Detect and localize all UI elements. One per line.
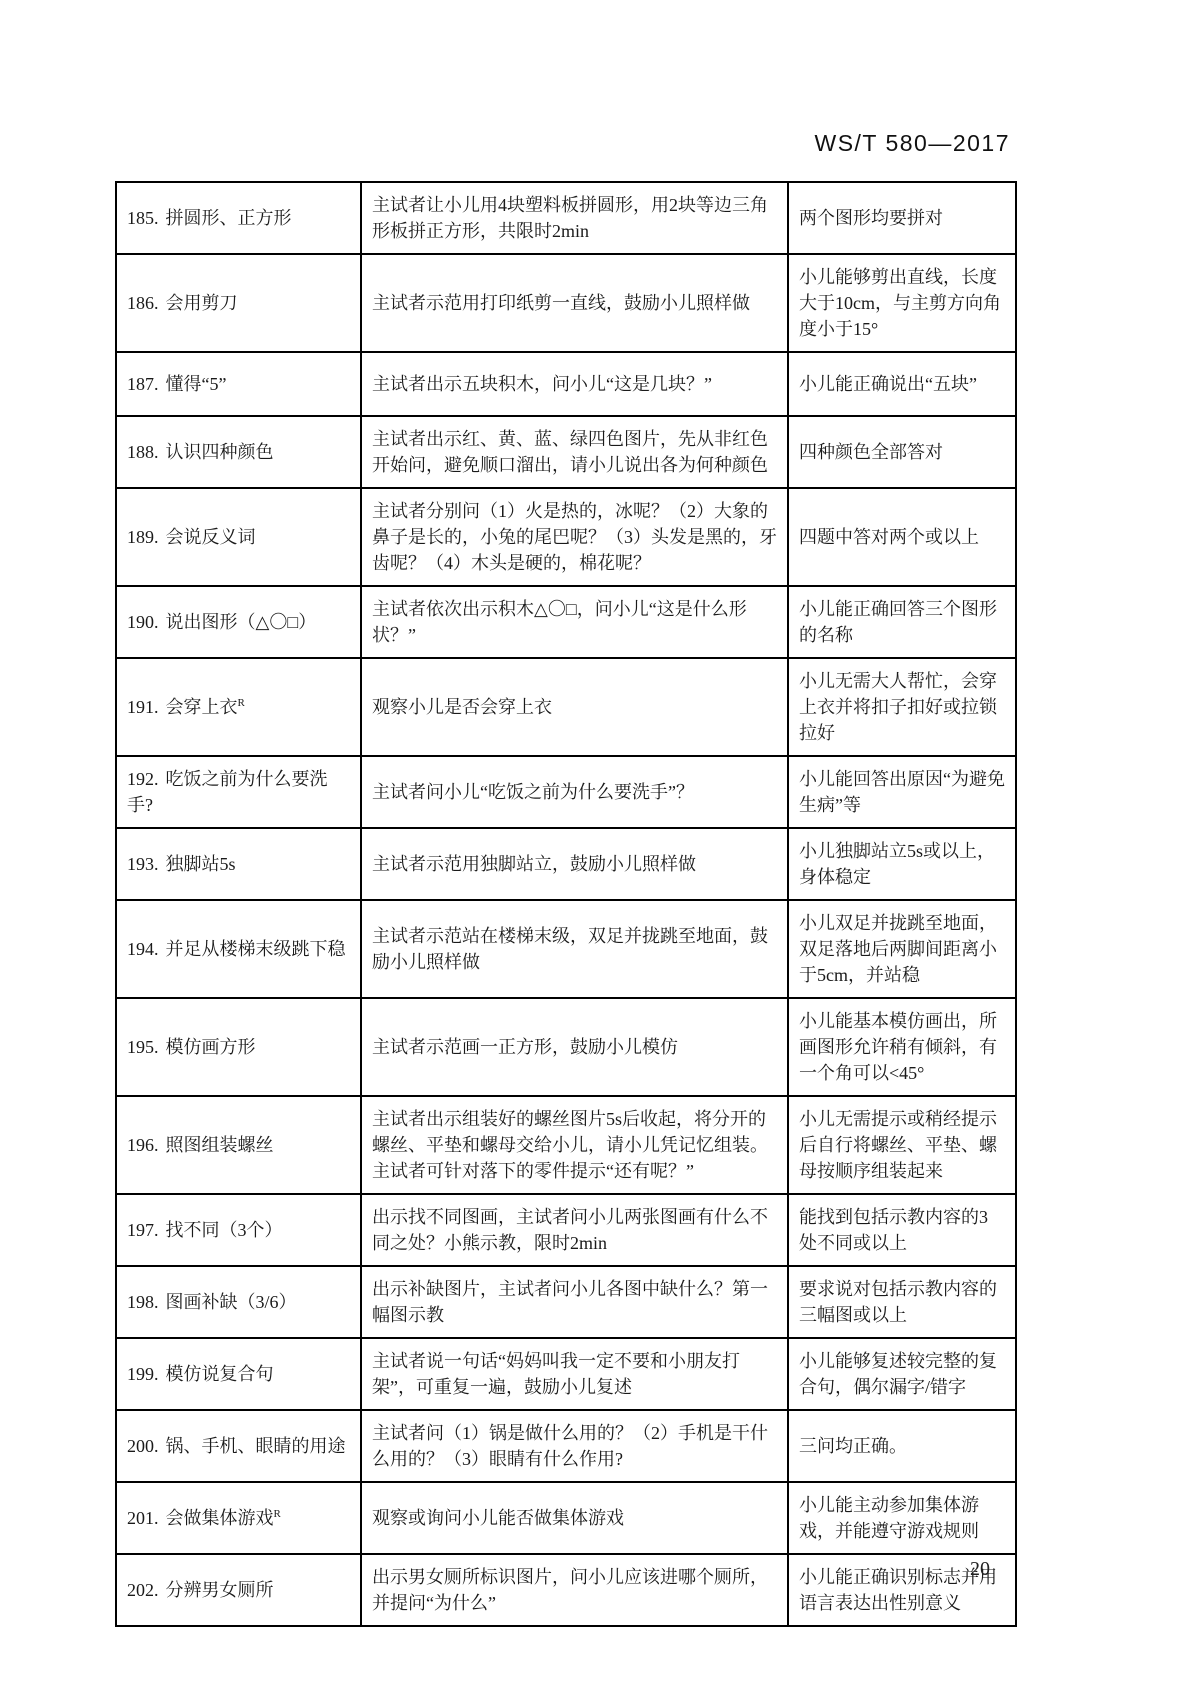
- item-name: 会做集体游戏: [166, 1508, 274, 1528]
- document-page: WS/T 580—2017 185.拼圆形、正方形 主试者让小儿用4块塑料板拼圆…: [0, 0, 1190, 1682]
- criteria-cell: 要求说对包括示教内容的三幅图或以上: [788, 1266, 1016, 1338]
- item-method: 主试者出示五块积木，问小儿“这是几块？”: [372, 374, 712, 394]
- item-name: 会用剪刀: [166, 293, 238, 313]
- item-criteria: 小儿能主动参加集体游戏，并能遵守游戏规则: [799, 1495, 979, 1541]
- item-method: 出示补缺图片，主试者问小儿各图中缺什么？第一幅图示教: [372, 1279, 768, 1325]
- item-method: 主试者说一句话“妈妈叫我一定不要和小朋友打架”，可重复一遍，鼓励小儿复述: [372, 1351, 740, 1397]
- item-number: 190.: [127, 612, 159, 632]
- table-row: 197.找不同（3个） 出示找不同图画，主试者问小儿两张图画有什么不同之处？小熊…: [116, 1194, 1016, 1266]
- item-cell: 191.会穿上衣R: [116, 658, 361, 756]
- item-name: 分辨男女厕所: [166, 1580, 274, 1600]
- item-method: 出示男女厕所标识图片，问小儿应该进哪个厕所，并提问“为什么”: [372, 1567, 768, 1613]
- table-row: 187.懂得“5” 主试者出示五块积木，问小儿“这是几块？” 小儿能正确说出“五…: [116, 352, 1016, 416]
- item-method: 主试者示范站在楼梯末级，双足并拢跳至地面，鼓励小儿照样做: [372, 926, 768, 972]
- criteria-cell: 四种颜色全部答对: [788, 416, 1016, 488]
- item-method: 主试者出示红、黄、蓝、绿四色图片，先从非红色开始问，避免顺口溜出，请小儿说出各为…: [372, 429, 768, 475]
- criteria-cell: 小儿能基本模仿画出，所画图形允许稍有倾斜，有一个角可以<45°: [788, 998, 1016, 1096]
- item-number: 197.: [127, 1220, 159, 1240]
- item-criteria: 小儿无需大人帮忙，会穿上衣并将扣子扣好或拉锁拉好: [799, 671, 997, 743]
- item-criteria: 小儿能够复述较完整的复合句，偶尔漏字/错字: [799, 1351, 997, 1397]
- method-cell: 出示找不同图画，主试者问小儿两张图画有什么不同之处？小熊示教，限时2min: [361, 1194, 788, 1266]
- item-cell: 195.模仿画方形: [116, 998, 361, 1096]
- method-cell: 出示男女厕所标识图片，问小儿应该进哪个厕所，并提问“为什么”: [361, 1554, 788, 1626]
- table-row: 201.会做集体游戏R 观察或询问小儿能否做集体游戏 小儿能主动参加集体游戏，并…: [116, 1482, 1016, 1554]
- table-row: 194.并足从楼梯末级跳下稳 主试者示范站在楼梯末级，双足并拢跳至地面，鼓励小儿…: [116, 900, 1016, 998]
- criteria-cell: 小儿能正确说出“五块”: [788, 352, 1016, 416]
- method-cell: 观察或询问小儿能否做集体游戏: [361, 1482, 788, 1554]
- item-number: 198.: [127, 1292, 159, 1312]
- item-name: 模仿画方形: [166, 1037, 256, 1057]
- method-cell: 主试者示范用打印纸剪一直线，鼓励小儿照样做: [361, 254, 788, 352]
- item-cell: 197.找不同（3个）: [116, 1194, 361, 1266]
- item-name: 拼圆形、正方形: [166, 208, 292, 228]
- item-number: 201.: [127, 1508, 159, 1528]
- item-cell: 188.认识四种颜色: [116, 416, 361, 488]
- item-name: 照图组装螺丝: [166, 1135, 274, 1155]
- criteria-cell: 小儿双足并拢跳至地面，双足落地后两脚间距离小于5cm，并站稳: [788, 900, 1016, 998]
- item-number: 202.: [127, 1580, 159, 1600]
- item-cell: 187.懂得“5”: [116, 352, 361, 416]
- item-criteria: 小儿能正确识别标志并用语言表达出性别意义: [799, 1567, 997, 1613]
- table-row: 191.会穿上衣R 观察小儿是否会穿上衣 小儿无需大人帮忙，会穿上衣并将扣子扣好…: [116, 658, 1016, 756]
- table-row: 192.吃饭之前为什么要洗手? 主试者问小儿“吃饭之前为什么要洗手”？ 小儿能回…: [116, 756, 1016, 828]
- item-cell: 202.分辨男女厕所: [116, 1554, 361, 1626]
- item-number: 192.: [127, 769, 159, 789]
- table-row: 190.说出图形（△〇□） 主试者依次出示积木△〇□，问小儿“这是什么形状？” …: [116, 586, 1016, 658]
- criteria-cell: 三问均正确。: [788, 1410, 1016, 1482]
- item-cell: 200.锅、手机、眼睛的用途: [116, 1410, 361, 1482]
- item-name: 锅、手机、眼睛的用途: [166, 1436, 346, 1456]
- item-number: 195.: [127, 1037, 159, 1057]
- item-method: 主试者让小儿用4块塑料板拼圆形，用2块等边三角形板拼正方形，共限时2min: [372, 195, 768, 241]
- assessment-table-body: 185.拼圆形、正方形 主试者让小儿用4块塑料板拼圆形，用2块等边三角形板拼正方…: [116, 182, 1016, 1626]
- criteria-cell: 小儿能正确回答三个图形的名称: [788, 586, 1016, 658]
- item-method: 出示找不同图画，主试者问小儿两张图画有什么不同之处？小熊示教，限时2min: [372, 1207, 768, 1253]
- table-row: 188.认识四种颜色 主试者出示红、黄、蓝、绿四色图片，先从非红色开始问，避免顺…: [116, 416, 1016, 488]
- item-criteria: 能找到包括示教内容的3处不同或以上: [799, 1207, 988, 1253]
- criteria-cell: 小儿独脚站立5s或以上，身体稳定: [788, 828, 1016, 900]
- method-cell: 主试者示范画一正方形，鼓励小儿模仿: [361, 998, 788, 1096]
- item-criteria: 小儿能回答出原因“为避免生病”等: [799, 769, 1005, 815]
- item-name: 模仿说复合句: [166, 1364, 274, 1384]
- item-method: 主试者出示组装好的螺丝图片5s后收起，将分开的螺丝、平垫和螺母交给小儿，请小儿凭…: [372, 1109, 768, 1181]
- criteria-cell: 小儿无需提示或稍经提示后自行将螺丝、平垫、螺母按顺序组装起来: [788, 1096, 1016, 1194]
- criteria-cell: 四题中答对两个或以上: [788, 488, 1016, 586]
- item-number: 185.: [127, 208, 159, 228]
- item-criteria: 小儿能正确回答三个图形的名称: [799, 599, 997, 645]
- method-cell: 主试者示范用独脚站立，鼓励小儿照样做: [361, 828, 788, 900]
- table-row: 202.分辨男女厕所 出示男女厕所标识图片，问小儿应该进哪个厕所，并提问“为什么…: [116, 1554, 1016, 1626]
- table-row: 198.图画补缺（3/6） 出示补缺图片，主试者问小儿各图中缺什么？第一幅图示教…: [116, 1266, 1016, 1338]
- item-cell: 199.模仿说复合句: [116, 1338, 361, 1410]
- item-number: 188.: [127, 442, 159, 462]
- item-criteria: 小儿能正确说出“五块”: [799, 374, 977, 394]
- assessment-table: 185.拼圆形、正方形 主试者让小儿用4块塑料板拼圆形，用2块等边三角形板拼正方…: [115, 181, 1017, 1627]
- item-criteria: 三问均正确。: [799, 1436, 907, 1456]
- method-cell: 主试者让小儿用4块塑料板拼圆形，用2块等边三角形板拼正方形，共限时2min: [361, 182, 788, 254]
- page-number: 20: [970, 1558, 990, 1581]
- item-criteria: 小儿无需提示或稍经提示后自行将螺丝、平垫、螺母按顺序组装起来: [799, 1109, 997, 1181]
- item-name: 认识四种颜色: [166, 442, 274, 462]
- item-cell: 196.照图组装螺丝: [116, 1096, 361, 1194]
- item-criteria: 四种颜色全部答对: [799, 442, 943, 462]
- method-cell: 出示补缺图片，主试者问小儿各图中缺什么？第一幅图示教: [361, 1266, 788, 1338]
- item-cell: 193.独脚站5s: [116, 828, 361, 900]
- item-name: 并足从楼梯末级跳下稳: [166, 939, 346, 959]
- item-criteria: 两个图形均要拼对: [799, 208, 943, 228]
- item-sup-marker: R: [238, 697, 245, 709]
- item-method: 主试者依次出示积木△〇□，问小儿“这是什么形状？”: [372, 599, 747, 645]
- criteria-cell: 小儿能够复述较完整的复合句，偶尔漏字/错字: [788, 1338, 1016, 1410]
- table-row: 193.独脚站5s 主试者示范用独脚站立，鼓励小儿照样做 小儿独脚站立5s或以上…: [116, 828, 1016, 900]
- item-method: 观察小儿是否会穿上衣: [372, 697, 552, 717]
- item-name: 懂得“5”: [166, 374, 227, 394]
- item-cell: 185.拼圆形、正方形: [116, 182, 361, 254]
- criteria-cell: 小儿能够剪出直线，长度大于10cm，与主剪方向角度小于15°: [788, 254, 1016, 352]
- item-cell: 186.会用剪刀: [116, 254, 361, 352]
- item-method: 主试者问小儿“吃饭之前为什么要洗手”？: [372, 782, 694, 802]
- criteria-cell: 两个图形均要拼对: [788, 182, 1016, 254]
- method-cell: 主试者依次出示积木△〇□，问小儿“这是什么形状？”: [361, 586, 788, 658]
- method-cell: 主试者示范站在楼梯末级，双足并拢跳至地面，鼓励小儿照样做: [361, 900, 788, 998]
- item-name: 说出图形（△〇□）: [166, 612, 317, 632]
- item-method: 观察或询问小儿能否做集体游戏: [372, 1508, 624, 1528]
- item-cell: 190.说出图形（△〇□）: [116, 586, 361, 658]
- item-number: 194.: [127, 939, 159, 959]
- item-number: 186.: [127, 293, 159, 313]
- item-number: 199.: [127, 1364, 159, 1384]
- criteria-cell: 小儿能主动参加集体游戏，并能遵守游戏规则: [788, 1482, 1016, 1554]
- item-sup-marker: R: [274, 1508, 281, 1520]
- item-criteria: 小儿独脚站立5s或以上，身体稳定: [799, 841, 995, 887]
- method-cell: 主试者分别问（1）火是热的，冰呢？（2）大象的鼻子是长的，小兔的尾巴呢？（3）头…: [361, 488, 788, 586]
- table-row: 189.会说反义词 主试者分别问（1）火是热的，冰呢？（2）大象的鼻子是长的，小…: [116, 488, 1016, 586]
- item-cell: 192.吃饭之前为什么要洗手?: [116, 756, 361, 828]
- item-name: 会穿上衣: [166, 697, 238, 717]
- table-row: 200.锅、手机、眼睛的用途 主试者问（1）锅是做什么用的？（2）手机是干什么用…: [116, 1410, 1016, 1482]
- item-criteria: 要求说对包括示教内容的三幅图或以上: [799, 1279, 997, 1325]
- table-row: 186.会用剪刀 主试者示范用打印纸剪一直线，鼓励小儿照样做 小儿能够剪出直线，…: [116, 254, 1016, 352]
- standard-code: WS/T 580—2017: [814, 130, 1010, 157]
- item-criteria: 小儿双足并拢跳至地面，双足落地后两脚间距离小于5cm，并站稳: [799, 913, 997, 985]
- item-cell: 201.会做集体游戏R: [116, 1482, 361, 1554]
- item-method: 主试者分别问（1）火是热的，冰呢？（2）大象的鼻子是长的，小兔的尾巴呢？（3）头…: [372, 501, 777, 573]
- item-criteria: 四题中答对两个或以上: [799, 527, 979, 547]
- item-method: 主试者示范画一正方形，鼓励小儿模仿: [372, 1037, 678, 1057]
- item-cell: 198.图画补缺（3/6）: [116, 1266, 361, 1338]
- item-cell: 194.并足从楼梯末级跳下稳: [116, 900, 361, 998]
- method-cell: 主试者出示五块积木，问小儿“这是几块？”: [361, 352, 788, 416]
- item-method: 主试者问（1）锅是做什么用的？（2）手机是干什么用的？（3）眼睛有什么作用?: [372, 1423, 768, 1469]
- item-name: 图画补缺（3/6）: [166, 1292, 297, 1312]
- item-number: 187.: [127, 374, 159, 394]
- item-number: 196.: [127, 1135, 159, 1155]
- item-number: 189.: [127, 527, 159, 547]
- item-criteria: 小儿能够剪出直线，长度大于10cm，与主剪方向角度小于15°: [799, 267, 1001, 339]
- item-name: 找不同（3个）: [166, 1220, 283, 1240]
- method-cell: 主试者出示组装好的螺丝图片5s后收起，将分开的螺丝、平垫和螺母交给小儿，请小儿凭…: [361, 1096, 788, 1194]
- method-cell: 主试者问小儿“吃饭之前为什么要洗手”？: [361, 756, 788, 828]
- criteria-cell: 小儿能回答出原因“为避免生病”等: [788, 756, 1016, 828]
- table-row: 196.照图组装螺丝 主试者出示组装好的螺丝图片5s后收起，将分开的螺丝、平垫和…: [116, 1096, 1016, 1194]
- item-method: 主试者示范用独脚站立，鼓励小儿照样做: [372, 854, 696, 874]
- table-row: 199.模仿说复合句 主试者说一句话“妈妈叫我一定不要和小朋友打架”，可重复一遍…: [116, 1338, 1016, 1410]
- item-method: 主试者示范用打印纸剪一直线，鼓励小儿照样做: [372, 293, 750, 313]
- item-number: 191.: [127, 697, 159, 717]
- criteria-cell: 能找到包括示教内容的3处不同或以上: [788, 1194, 1016, 1266]
- item-number: 200.: [127, 1436, 159, 1456]
- table-row: 195.模仿画方形 主试者示范画一正方形，鼓励小儿模仿 小儿能基本模仿画出，所画…: [116, 998, 1016, 1096]
- method-cell: 主试者问（1）锅是做什么用的？（2）手机是干什么用的？（3）眼睛有什么作用?: [361, 1410, 788, 1482]
- table-row: 185.拼圆形、正方形 主试者让小儿用4块塑料板拼圆形，用2块等边三角形板拼正方…: [116, 182, 1016, 254]
- item-criteria: 小儿能基本模仿画出，所画图形允许稍有倾斜，有一个角可以<45°: [799, 1011, 997, 1083]
- method-cell: 主试者出示红、黄、蓝、绿四色图片，先从非红色开始问，避免顺口溜出，请小儿说出各为…: [361, 416, 788, 488]
- item-number: 193.: [127, 854, 159, 874]
- method-cell: 观察小儿是否会穿上衣: [361, 658, 788, 756]
- item-name: 会说反义词: [166, 527, 256, 547]
- item-name: 独脚站5s: [166, 854, 236, 874]
- item-cell: 189.会说反义词: [116, 488, 361, 586]
- method-cell: 主试者说一句话“妈妈叫我一定不要和小朋友打架”，可重复一遍，鼓励小儿复述: [361, 1338, 788, 1410]
- criteria-cell: 小儿无需大人帮忙，会穿上衣并将扣子扣好或拉锁拉好: [788, 658, 1016, 756]
